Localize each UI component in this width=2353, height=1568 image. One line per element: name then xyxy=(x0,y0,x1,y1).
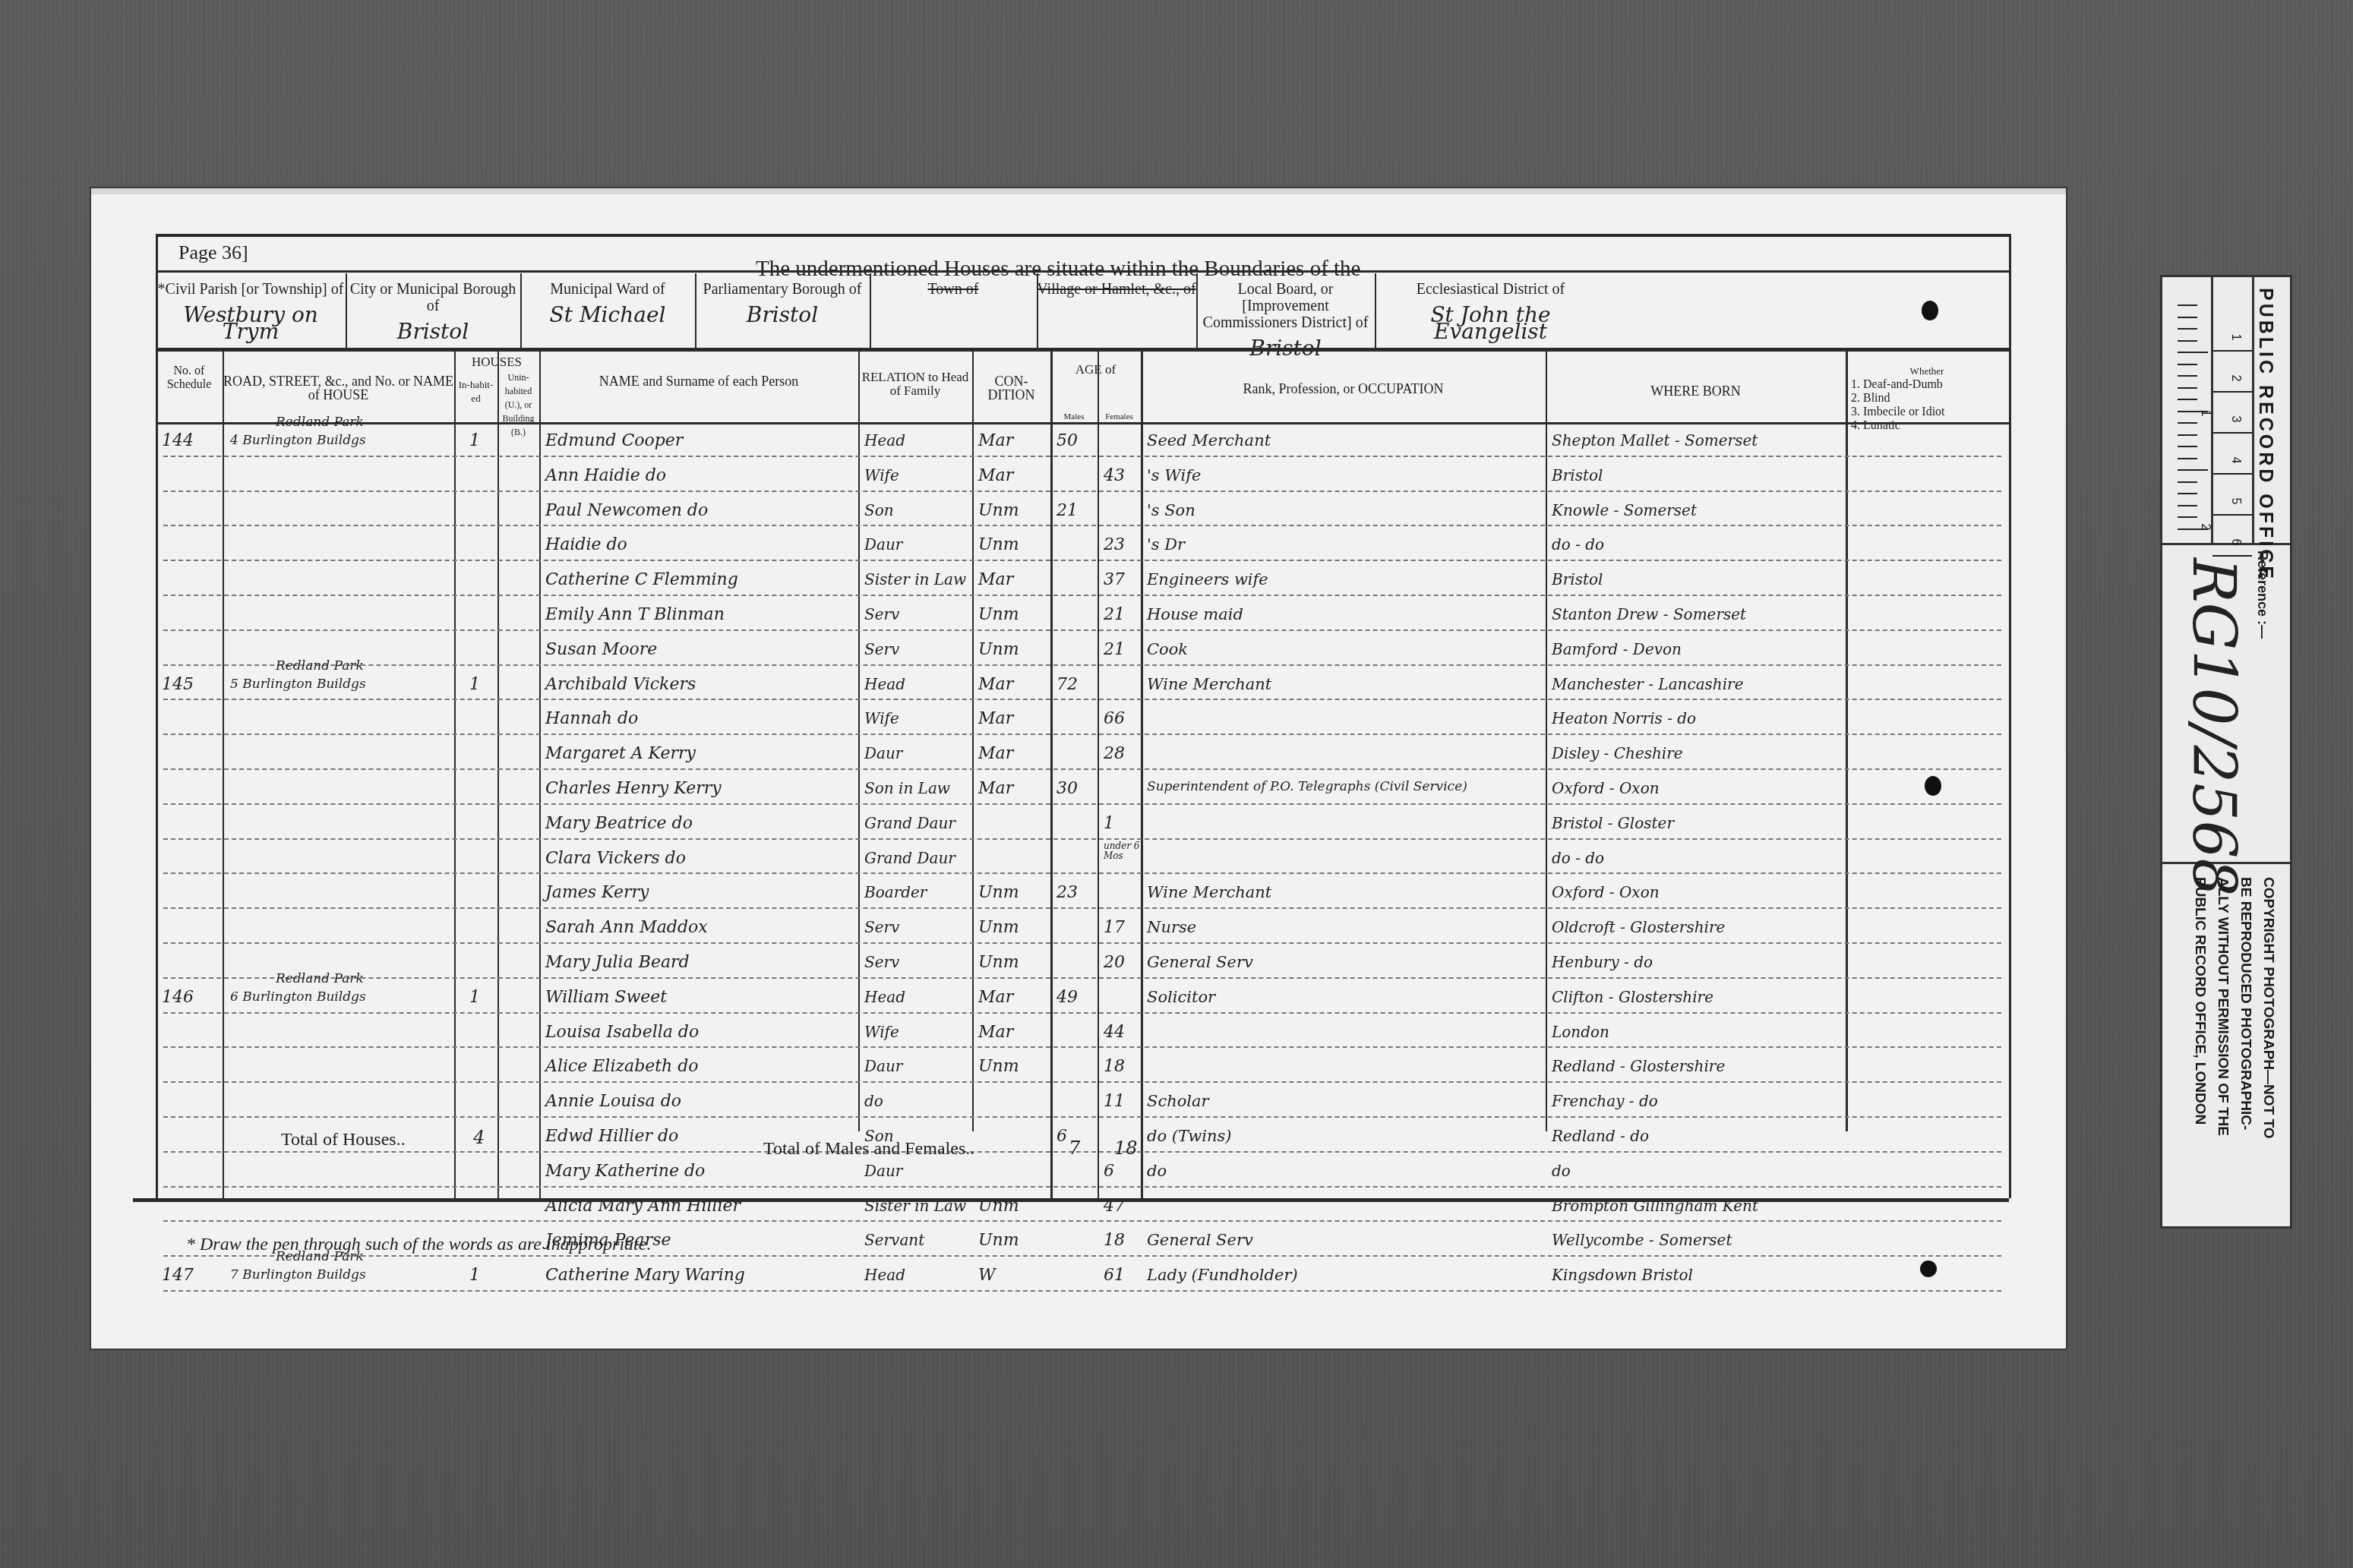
relation: Son xyxy=(864,501,894,519)
boundary-label: Ecclesiastical District of xyxy=(1417,281,1565,298)
condition: Mar xyxy=(978,466,1013,485)
person-name: Archibald Vickers xyxy=(545,675,696,694)
occupation: 's Son xyxy=(1147,501,1195,519)
inhabited-count: 1 xyxy=(469,675,480,694)
total-males-value: 7 xyxy=(1069,1137,1080,1159)
male-age: 30 xyxy=(1056,779,1078,798)
scale-tick xyxy=(2178,317,2197,318)
person-name: Susan Moore xyxy=(545,640,657,659)
address-line-2: 7 Burlington Buildgs xyxy=(230,1267,366,1282)
address-line-1: Redland Park xyxy=(276,415,364,430)
table-row: 146Redland Park6 Burlington Buildgs1Will… xyxy=(156,982,2009,1017)
boundary-label: Municipal Ward of xyxy=(550,281,665,298)
relation: Serv xyxy=(864,953,899,971)
birthplace: Bamford - Devon xyxy=(1552,640,1682,658)
boundary-2: Municipal Ward ofSt Michael xyxy=(520,281,695,323)
reference-value: RG10/2568 xyxy=(2179,558,2247,896)
table-row: Susan MooreServUnm21CookBamford - Devon xyxy=(156,634,2009,669)
schedule-number: 147 xyxy=(162,1266,194,1285)
table-row: Alicia Mary Ann HillierSister in LawUnm4… xyxy=(156,1191,2009,1226)
female-age: 61 xyxy=(1104,1266,1125,1285)
scale-tick xyxy=(2178,387,2197,389)
relation: do xyxy=(864,1092,883,1110)
condition: Mar xyxy=(978,1023,1013,1042)
person-name: Hannah do xyxy=(545,709,638,728)
relation: Serv xyxy=(864,918,899,936)
reference-label: Reference :— xyxy=(2254,551,2270,639)
inhabited-count: 1 xyxy=(469,1266,480,1285)
col-age: AGE of xyxy=(1050,363,1141,377)
birthplace: Heaton Norris - do xyxy=(1552,709,1696,727)
schedule-number: 146 xyxy=(162,988,194,1007)
col-relation: RELATION to Head of Family xyxy=(858,371,972,398)
row-rule xyxy=(163,560,2001,561)
address-line-2: 6 Burlington Buildgs xyxy=(230,989,366,1005)
condition: Unm xyxy=(978,640,1019,659)
scale-divider xyxy=(2212,350,2252,352)
row-rule xyxy=(163,838,2001,840)
col-houses: HOUSES xyxy=(454,355,539,369)
person-name: Louisa Isabella do xyxy=(545,1023,699,1042)
female-age: 6 xyxy=(1104,1162,1114,1181)
person-name: Ann Haidie do xyxy=(545,466,666,485)
occupation: do xyxy=(1147,1162,1167,1180)
boundary-label: Town of xyxy=(928,281,979,298)
boundary-value: St John the Evangelist xyxy=(1375,307,1606,340)
birthplace: Wellycombe - Somerset xyxy=(1552,1231,1732,1249)
row-rule xyxy=(163,699,2001,700)
scale-number: 1 xyxy=(2228,334,2242,341)
divider xyxy=(1375,273,1376,348)
occupation: Seed Merchant xyxy=(1147,431,1271,450)
schedule-number: 144 xyxy=(162,431,194,450)
relation: Servant xyxy=(864,1231,924,1249)
footnote: * Draw the pen through such of the words… xyxy=(186,1235,651,1255)
relation: Boarder xyxy=(864,883,927,901)
record-office-label: 12345612 PUBLIC RECORD OFFICE Reference … xyxy=(2160,275,2292,1229)
row-rule xyxy=(163,803,2001,805)
birthplace: Kingsdown Bristol xyxy=(1552,1266,1693,1284)
row-rule xyxy=(163,1290,2001,1292)
inch-number: 2 xyxy=(2198,524,2212,531)
ink-blot xyxy=(1922,301,1938,320)
male-age: 72 xyxy=(1056,675,1078,694)
total-houses-value: 4 xyxy=(473,1127,485,1148)
table-row: Edwd Hillier doSon6do (Twins)Redland - d… xyxy=(156,1121,2009,1156)
table-row: Annie Louisa dodo11ScholarFrenchay - do xyxy=(156,1086,2009,1121)
scale-tick xyxy=(2178,434,2197,436)
boundary-label: Village or Hamlet, &c., of xyxy=(1037,281,1195,298)
table-row: Mary Katherine doDaur6dodo xyxy=(156,1156,2009,1191)
scale-number: 5 xyxy=(2228,498,2242,505)
birthplace: Stanton Drew - Somerset xyxy=(1552,605,1746,623)
person-name: Catherine C Flemming xyxy=(545,570,738,589)
boundary-5: Village or Hamlet, &c., of xyxy=(1037,281,1196,307)
boundary-0: *Civil Parish [or Township] ofWestbury o… xyxy=(156,281,346,340)
person-name: William Sweet xyxy=(545,988,667,1007)
copyright-notice: COPYRIGHT PHOTOGRAPH—NOT TOBE REPRODUCED… xyxy=(2162,862,2290,1226)
relation: Head xyxy=(864,675,905,693)
scale-tick xyxy=(2178,505,2197,506)
row-rule xyxy=(163,1186,2001,1188)
boundary-value: St Michael xyxy=(520,307,695,323)
scale-tick xyxy=(2178,304,2197,306)
male-age: 50 xyxy=(1056,431,1078,450)
person-name: Haidie do xyxy=(545,535,627,554)
scale-number: 3 xyxy=(2228,416,2242,423)
scale-tick xyxy=(2178,364,2197,365)
condition: Mar xyxy=(978,744,1013,763)
scale-tick xyxy=(2178,328,2197,330)
col-occupation: Rank, Profession, or OCCUPATION xyxy=(1141,382,1546,396)
occupation: 's Dr xyxy=(1147,535,1185,554)
boundary-6: Local Board, or [Improvement Commissione… xyxy=(1196,281,1375,357)
boundary-7: Ecclesiastical District ofSt John the Ev… xyxy=(1375,281,1606,340)
inhabited-count: 1 xyxy=(469,988,480,1007)
person-name: Annie Louisa do xyxy=(545,1092,681,1111)
female-age: 44 xyxy=(1104,1023,1125,1042)
scale-tick xyxy=(2178,446,2197,447)
row-rule xyxy=(163,595,2001,596)
boundary-value: Westbury on Trym xyxy=(156,307,346,340)
relation: Serv xyxy=(864,640,899,658)
female-age: 17 xyxy=(1104,918,1125,937)
birthplace: Shepton Mallet - Somerset xyxy=(1552,431,1758,450)
table-row: Emily Ann T BlinmanServUnm21House maidSt… xyxy=(156,599,2009,634)
row-rule xyxy=(163,1116,2001,1118)
row-rule xyxy=(163,664,2001,666)
relation: Daur xyxy=(864,535,902,554)
female-age: 43 xyxy=(1104,466,1125,485)
row-rule xyxy=(163,1255,2001,1257)
schedule-number: 145 xyxy=(162,675,194,694)
occupation: Lady (Fundholder) xyxy=(1147,1266,1298,1284)
occupation: General Serv xyxy=(1147,1231,1253,1249)
scale-tick xyxy=(2178,399,2197,400)
male-age: 21 xyxy=(1056,501,1078,520)
occupation: do (Twins) xyxy=(1147,1127,1231,1145)
row-rule xyxy=(163,629,2001,631)
person-name: Clara Vickers do xyxy=(545,849,686,868)
row-rule xyxy=(163,942,2001,944)
divider xyxy=(695,273,696,348)
relation: Wife xyxy=(864,1023,899,1041)
scale-tick xyxy=(2178,340,2197,342)
person-name: Edwd Hillier do xyxy=(545,1127,678,1146)
row-rule xyxy=(163,734,2001,735)
col-born: WHERE BORN xyxy=(1546,384,1846,398)
birthplace: Frenchay - do xyxy=(1552,1092,1658,1110)
male-age: 23 xyxy=(1056,883,1078,902)
divider xyxy=(1037,273,1038,348)
occupation: 's Wife xyxy=(1147,466,1201,484)
form-right-edge xyxy=(2009,234,2011,1198)
row-rule xyxy=(163,456,2001,457)
row-rule xyxy=(163,525,2001,526)
table-row: Clara Vickers doGrand Daurunder 6 Mosdo … xyxy=(156,843,2009,878)
relation: Daur xyxy=(864,744,902,762)
condition: Unm xyxy=(978,501,1019,520)
birthplace: Oxford - Oxon xyxy=(1552,779,1660,797)
copyright-line: COPYRIGHT PHOTOGRAPH—NOT TO xyxy=(2260,877,2276,1139)
boundary-1: City or Municipal Borough ofBristol xyxy=(346,281,520,340)
address-line-2: 4 Burlington Buildgs xyxy=(230,433,366,448)
relation: Sister in Law xyxy=(864,570,966,588)
divider xyxy=(870,273,871,348)
scale-tick xyxy=(2178,493,2197,494)
female-age: 37 xyxy=(1104,570,1125,589)
female-age: 11 xyxy=(1104,1092,1125,1111)
address-line-1: Redland Park xyxy=(276,971,364,986)
birthplace: Bristol xyxy=(1552,570,1603,588)
female-age: 66 xyxy=(1104,709,1125,728)
divider xyxy=(520,273,522,348)
condition: Unm xyxy=(978,1057,1019,1076)
table-row: Ann Haidie doWifeMar43's WifeBristol xyxy=(156,460,2009,495)
boundary-label: *Civil Parish [or Township] of xyxy=(158,281,344,298)
female-age: 23 xyxy=(1104,535,1125,554)
occupation: House maid xyxy=(1147,605,1243,623)
occupation: Wine Merchant xyxy=(1147,883,1271,901)
office-name: PUBLIC RECORD OFFICE xyxy=(2254,288,2276,582)
birthplace: do - do xyxy=(1552,849,1604,867)
col-inhabited: In-habit-ed xyxy=(454,378,497,405)
female-age: under 6 Mos xyxy=(1104,841,1142,861)
relation: Grand Daur xyxy=(864,814,955,832)
person-name: Mary Julia Beard xyxy=(545,953,690,972)
person-name: Charles Henry Kerry xyxy=(545,779,722,798)
birthplace: do xyxy=(1552,1162,1571,1180)
person-name: Paul Newcomen do xyxy=(545,501,708,520)
condition: Unm xyxy=(978,1231,1019,1250)
scale-divider xyxy=(2212,473,2252,475)
row-rule xyxy=(163,768,2001,770)
divider xyxy=(1196,273,1198,348)
person-name: Emily Ann T Blinman xyxy=(545,605,725,624)
row-rule xyxy=(163,872,2001,874)
female-age: 18 xyxy=(1104,1231,1125,1250)
whether-item: 3. Imbecile or Idiot xyxy=(1851,405,2003,419)
table-row: James KerryBoarderUnm23Wine MerchantOxfo… xyxy=(156,877,2009,912)
copyright-line: BE REPRODUCED PHOTOGRAPHIC- xyxy=(2237,877,2254,1130)
scale-tick xyxy=(2178,458,2197,459)
inch-number: 1 xyxy=(2198,410,2212,417)
condition: Mar xyxy=(978,988,1013,1007)
scale-number: 2 xyxy=(2228,375,2242,382)
boundary-value: Bristol xyxy=(695,307,870,323)
table-row: Sarah Ann MaddoxServUnm17NurseOldcroft -… xyxy=(156,912,2009,947)
boundary-value: Bristol xyxy=(346,323,520,340)
condition: Unm xyxy=(978,605,1019,624)
boundary-3: Parliamentary Borough ofBristol xyxy=(695,281,870,323)
table-row: Paul Newcomen doSonUnm21's SonKnowle - S… xyxy=(156,495,2009,530)
row-rule xyxy=(163,977,2001,979)
scale-ruler: 12345612 PUBLIC RECORD OFFICE xyxy=(2162,277,2290,545)
birthplace: Redland - Glostershire xyxy=(1552,1057,1725,1075)
scale-divider xyxy=(2212,514,2252,516)
occupation: Scholar xyxy=(1147,1092,1209,1110)
condition: Mar xyxy=(978,675,1013,694)
birthplace: Bristol xyxy=(1552,466,1603,484)
person-name: Margaret A Kerry xyxy=(545,744,696,763)
relation: Head xyxy=(864,431,905,450)
occupation: General Serv xyxy=(1147,953,1253,971)
boundary-label: Parliamentary Borough of xyxy=(703,281,862,298)
person-name: Alice Elizabeth do xyxy=(545,1057,699,1076)
birthplace: Knowle - Somerset xyxy=(1552,501,1697,519)
table-row: Mary Beatrice doGrand Daur1Bristol - Glo… xyxy=(156,808,2009,843)
table-row: Margaret A KerryDaurMar28Disley - Cheshi… xyxy=(156,738,2009,773)
occupation: Cook xyxy=(1147,640,1188,658)
row-rule xyxy=(163,1220,2001,1222)
row-rule xyxy=(163,491,2001,492)
table-row: 147Redland Park7 Burlington Buildgs1Cath… xyxy=(156,1260,2009,1295)
birthplace: Manchester - Lancashire xyxy=(1552,675,1744,693)
row-rule xyxy=(163,1012,2001,1014)
relation: Son in Law xyxy=(864,779,950,797)
relation: Daur xyxy=(864,1162,902,1180)
table-row: Hannah doWifeMar66Heaton Norris - do xyxy=(156,703,2009,738)
condition: W xyxy=(978,1266,996,1285)
whether-item: 1. Deaf-and-Dumb xyxy=(1851,378,2003,392)
condition: Unm xyxy=(978,953,1019,972)
birthplace: Clifton - Glostershire xyxy=(1552,988,1713,1006)
person-name: Edmund Cooper xyxy=(545,431,683,450)
occupation: Nurse xyxy=(1147,918,1196,936)
col-name: NAME and Surname of each Person xyxy=(539,374,858,388)
scale-number: 4 xyxy=(2228,457,2242,464)
condition: Mar xyxy=(978,570,1013,589)
scale-tick xyxy=(2178,375,2197,377)
birthplace: Redland - do xyxy=(1552,1127,1649,1145)
page-number: Page 36] xyxy=(178,241,248,264)
relation: Wife xyxy=(864,466,899,484)
col-condition: CON-DITION xyxy=(972,374,1050,402)
birthplace: Disley - Cheshire xyxy=(1552,744,1683,762)
table-row: Alice Elizabeth doDaurUnm18Redland - Glo… xyxy=(156,1051,2009,1086)
divider xyxy=(346,273,347,348)
occupation: Wine Merchant xyxy=(1147,675,1271,693)
boundary-4: Town of xyxy=(870,281,1037,307)
relation: Grand Daur xyxy=(864,849,955,867)
total-houses-label: Total of Houses.. xyxy=(281,1130,406,1150)
condition: Unm xyxy=(978,918,1019,937)
copyright-line: PUBLIC RECORD OFFICE, LONDON xyxy=(2191,877,2208,1125)
table-row: Mary Julia BeardServUnm20General ServHen… xyxy=(156,947,2009,982)
relation: Head xyxy=(864,988,905,1006)
female-age: 21 xyxy=(1104,605,1125,624)
col-road: ROAD, STREET, &c., and No. or NAME of HO… xyxy=(223,374,454,402)
person-name: Mary Beatrice do xyxy=(545,814,693,833)
row-rule xyxy=(163,1151,2001,1153)
form-heading: The undermentioned Houses are situate wi… xyxy=(756,257,1360,282)
female-age: 21 xyxy=(1104,640,1125,659)
condition: Mar xyxy=(978,779,1013,798)
occupation: Solicitor xyxy=(1147,988,1215,1006)
birthplace: Bristol - Gloster xyxy=(1552,814,1674,832)
table-row: Louisa Isabella doWifeMar44London xyxy=(156,1017,2009,1052)
relation: Head xyxy=(864,1266,905,1284)
condition: Mar xyxy=(978,431,1013,450)
total-persons-label: Total of Males and Females.. xyxy=(763,1139,974,1159)
condition: Unm xyxy=(978,883,1019,902)
relation: Wife xyxy=(864,709,899,727)
boundary-label: City or Municipal Borough of xyxy=(350,281,516,314)
address-line-1: Redland Park xyxy=(276,658,364,674)
person-name: Catherine Mary Waring xyxy=(545,1266,745,1285)
condition: Mar xyxy=(978,709,1013,728)
scale-tick xyxy=(2178,481,2197,483)
female-age: 1 xyxy=(1104,814,1114,833)
copyright-line: ALLY WITHOUT PERMISSION OF THE xyxy=(2214,877,2231,1136)
row-rule xyxy=(163,1046,2001,1048)
table-row: 145Redland Park5 Burlington Buildgs1Arch… xyxy=(156,669,2009,704)
scale-divider xyxy=(2212,432,2252,434)
birthplace: London xyxy=(1552,1023,1609,1041)
table-row: Charles Henry KerrySon in LawMar30Superi… xyxy=(156,773,2009,808)
row-rule xyxy=(163,907,2001,909)
relation: Serv xyxy=(864,605,899,623)
female-age: 28 xyxy=(1104,744,1125,763)
reference-box: Reference :— RG10/2568 xyxy=(2162,543,2290,864)
person-name: James Kerry xyxy=(545,883,649,902)
whether-item: 2. Blind xyxy=(1851,392,2003,405)
scale-tick xyxy=(2178,516,2197,518)
table-row: 144Redland Park4 Burlington Buildgs1Edmu… xyxy=(156,425,2009,460)
scale-tick xyxy=(2178,469,2208,471)
birthplace: Oxford - Oxon xyxy=(1552,883,1660,901)
female-age: 18 xyxy=(1104,1057,1125,1076)
table-row: Haidie doDaurUnm23's Drdo - do xyxy=(156,529,2009,564)
birthplace: do - do xyxy=(1552,535,1604,554)
inhabited-count: 1 xyxy=(469,431,480,450)
boundary-label: Local Board, or [Improvement Commissione… xyxy=(1203,281,1369,331)
ink-blot xyxy=(1920,1260,1937,1277)
ink-blot xyxy=(1925,776,1941,796)
scale-divider xyxy=(2212,391,2252,393)
table-row: Catherine C FlemmingSister in LawMar37En… xyxy=(156,564,2009,599)
male-age: 6 xyxy=(1056,1127,1067,1146)
address-line-2: 5 Burlington Buildgs xyxy=(230,677,366,692)
person-name: Mary Katherine do xyxy=(545,1162,705,1181)
occupation: Superintendent of P.O. Telegraphs (Civil… xyxy=(1147,779,1467,794)
male-age: 49 xyxy=(1056,988,1078,1007)
condition: Unm xyxy=(978,535,1019,554)
person-name: Sarah Ann Maddox xyxy=(545,918,708,937)
total-females-value: 18 xyxy=(1114,1137,1138,1159)
occupation: Engineers wife xyxy=(1147,570,1268,588)
census-form: Page 36] The undermentioned Houses are s… xyxy=(156,234,2009,1221)
relation: Daur xyxy=(864,1057,902,1075)
birthplace: Oldcroft - Glostershire xyxy=(1552,918,1725,936)
female-age: 20 xyxy=(1104,953,1125,972)
scale-tick xyxy=(2178,352,2208,353)
col-schedule: No. of Schedule xyxy=(156,364,223,392)
birthplace: Henbury - do xyxy=(1552,953,1653,971)
row-rule xyxy=(163,1081,2001,1083)
scale-tick xyxy=(2178,422,2197,424)
